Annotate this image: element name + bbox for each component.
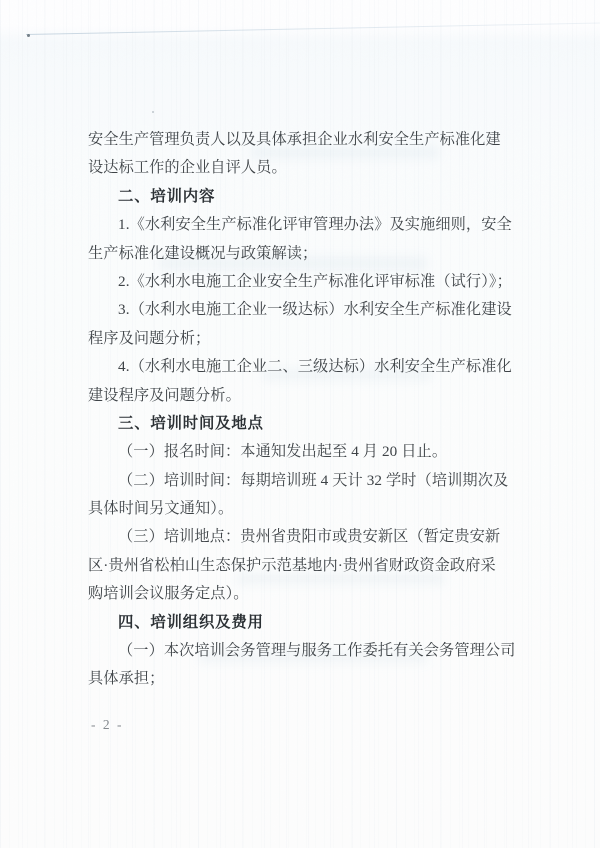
text-line: 程序及问题分析； [88,325,512,353]
section-heading: 四、培训组织及费用 [88,609,512,637]
text-line: 设达标工作的企业自评人员。 [88,154,512,182]
text-line: 生产标准化建设概况与政策解读； [88,240,512,268]
document-body: 安全生产管理负责人以及具体承担企业水利安全生产标准化建 设达标工作的企业自评人员… [88,126,512,694]
text-line: 购培训会议服务定点）。 [88,580,512,608]
text-line: 2.《水利水电施工企业安全生产标准化评审标准（试行）》； [88,268,512,296]
section-heading: 三、培训时间及地点 [88,410,512,438]
section-heading: 二、培训内容 [88,183,512,211]
text-line: （一）报名时间：本通知发出起至 4 月 20 日止。 [88,438,512,466]
text-line: 安全生产管理负责人以及具体承担企业水利安全生产标准化建 [88,126,512,154]
text-line: 区·贵州省松柏山生态保护示范基地内·贵州省财政资金政府采 [88,552,512,580]
text-line: 4.（水利水电施工企业二、三级达标）水利安全生产标准化 [88,353,512,381]
scanned-document-page: 安全生产管理负责人以及具体承担企业水利安全生产标准化建 设达标工作的企业自评人员… [0,0,600,848]
text-line: （二）培训时间：每期培训班 4 天计 32 学时（培训期次及 [88,467,512,495]
text-line: （三）培训地点：贵州省贵阳市或贵安新区（暂定贵安新 [88,523,512,551]
text-line: 具体承担； [88,665,512,693]
scan-speck [152,111,154,113]
scan-crease-line [26,22,600,35]
text-line: （一）本次培训会务管理与服务工作委托有关会务管理公司 [88,637,512,665]
text-line: 建设程序及问题分析。 [88,382,512,410]
text-line: 具体时间另文通知）。 [88,495,512,523]
text-line: 1.《水利安全生产标准化评审管理办法》及实施细则，安全 [88,211,512,239]
text-line: 3.（水利水电施工企业一级达标）水利安全生产标准化建设 [88,296,512,324]
page-number: - 2 - [91,717,124,733]
scan-speck [27,34,30,37]
